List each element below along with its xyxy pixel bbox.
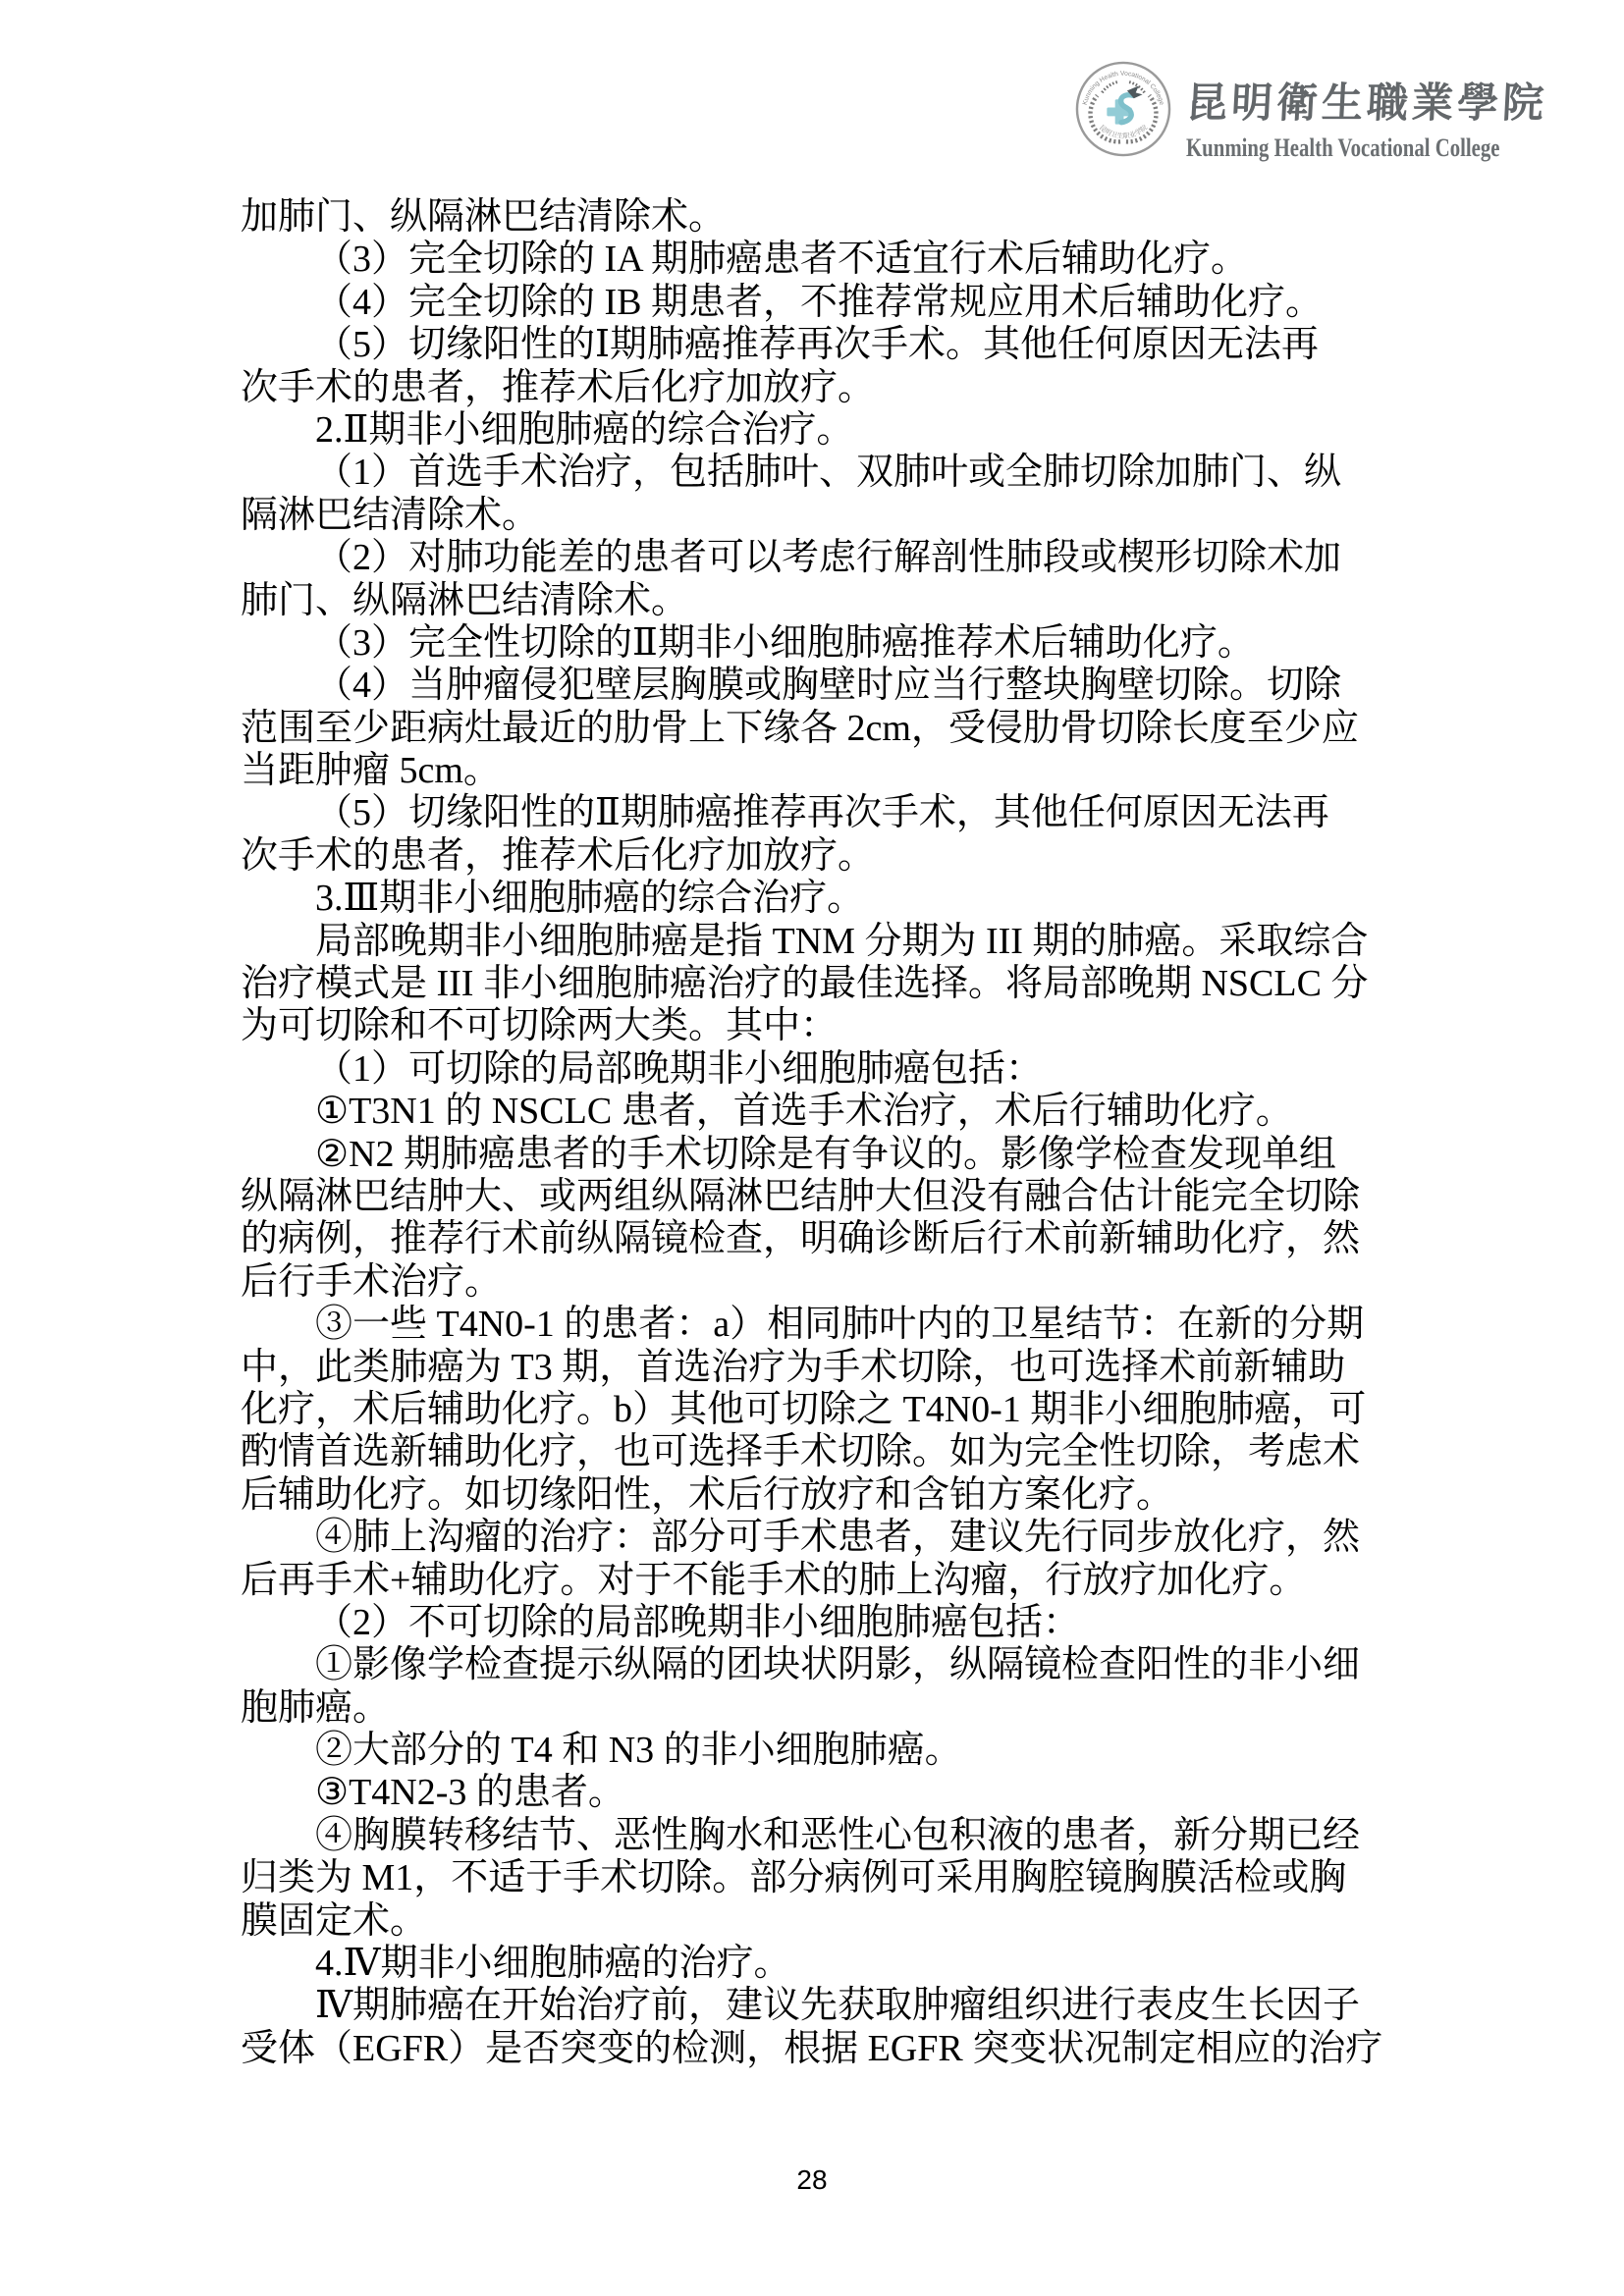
text-line: 酌情首选新辅助化疗，也可选择手术切除。如为完全性切除，考虑术 — [241, 1431, 1438, 1473]
text-line: ①T3N1 的 NSCLC 患者，首选手术治疗，术后行辅助化疗。 — [241, 1091, 1438, 1133]
college-logo: Kunming Health Vocational College 昆明卫生职业… — [1075, 61, 1171, 157]
text-line: ③T4N2-3 的患者。 — [241, 1772, 1438, 1814]
text-line: 中，此类肺癌为 T3 期，首选治疗为手术切除，也可选择术前新辅助 — [241, 1347, 1438, 1389]
college-title-block: 昆明衛生職業學院 Kunming Health Vocational Colle… — [1186, 79, 1569, 163]
text-line: 加肺门、纵隔淋巴结清除术。 — [241, 196, 1438, 239]
text-line: （3）完全切除的 IA 期肺癌患者不适宜行术后辅助化疗。 — [241, 239, 1438, 281]
text-line: 后辅助化疗。如切缘阳性，术后行放疗和含铂方案化疗。 — [241, 1474, 1438, 1517]
text-line: （4）完全切除的 IB 期患者，不推荐常规应用术后辅助化疗。 — [241, 282, 1438, 324]
text-line: 纵隔淋巴结肿大、或两组纵隔淋巴结肿大但没有融合估计能完全切除 — [241, 1176, 1438, 1218]
text-line: ④胸膜转移结节、恶性胸水和恶性心包积液的患者，新分期已经 — [241, 1815, 1438, 1857]
text-line: 化疗，术后辅助化疗。b）其他可切除之 T4N0-1 期非小细胞肺癌，可 — [241, 1389, 1438, 1431]
text-line: 范围至少距病灶最近的肋骨上下缘各 2cm，受侵肋骨切除长度至少应 — [241, 708, 1438, 750]
text-line: 次手术的患者，推荐术后化疗加放疗。 — [241, 367, 1438, 409]
text-line: Ⅳ期肺癌在开始治疗前，建议先获取肿瘤组织进行表皮生长因子 — [241, 1985, 1438, 2027]
text-line: （5）切缘阳性的Ⅰ期肺癌推荐再次手术。其他任何原因无法再 — [241, 324, 1438, 366]
text-line: 的病例，推荐行术前纵隔镜检查，明确诊断后行术前新辅助化疗，然 — [241, 1218, 1438, 1260]
text-line: （3）完全性切除的Ⅱ期非小细胞肺癌推荐术后辅助化疗。 — [241, 622, 1438, 665]
page-header: Kunming Health Vocational College 昆明卫生职业… — [0, 0, 1624, 196]
text-line: （4）当肿瘤侵犯壁层胸膜或胸壁时应当行整块胸壁切除。切除 — [241, 665, 1438, 707]
text-line: （5）切缘阳性的Ⅱ期肺癌推荐再次手术，其他任何原因无法再 — [241, 792, 1438, 834]
college-name-calligraphy: 昆明衛生職業學院 — [1185, 79, 1571, 130]
text-line: 后再手术+辅助化疗。对于不能手术的肺上沟瘤，行放疗加化疗。 — [241, 1560, 1438, 1602]
text-line: 治疗模式是 III 非小细胞肺癌治疗的最佳选择。将局部晚期 NSCLC 分 — [241, 963, 1438, 1005]
text-line: （1）可切除的局部晚期非小细胞肺癌包括： — [241, 1048, 1438, 1091]
text-line: 归类为 M1，不适于手术切除。部分病例可采用胸腔镜胸膜活检或胸 — [241, 1857, 1438, 1899]
text-line: 2.Ⅱ期非小细胞肺癌的综合治疗。 — [241, 409, 1438, 452]
text-line: ③一些 T4N0-1 的患者：a）相同肺叶内的卫星结节：在新的分期 — [241, 1304, 1438, 1346]
text-line: 隔淋巴结清除术。 — [241, 495, 1438, 537]
college-name-english: Kunming Health Vocational College — [1186, 133, 1492, 163]
text-line: （2）不可切除的局部晚期非小细胞肺癌包括： — [241, 1602, 1438, 1644]
text-line: 膜固定术。 — [241, 1900, 1438, 1943]
text-line: 肺门、纵隔淋巴结清除术。 — [241, 580, 1438, 622]
text-line: ①影像学检查提示纵隔的团块状阴影，纵隔镜检查阳性的非小细 — [241, 1644, 1438, 1686]
text-line: 当距肿瘤 5cm。 — [241, 750, 1438, 792]
text-line: 受体（EGFR）是否突变的检测，根据 EGFR 突变状况制定相应的治疗 — [241, 2028, 1438, 2070]
text-line: 胞肺癌。 — [241, 1687, 1438, 1730]
text-line: （2）对肺功能差的患者可以考虑行解剖性肺段或楔形切除术加 — [241, 537, 1438, 579]
text-line: （1）首选手术治疗，包括肺叶、双肺叶或全肺切除加肺门、纵 — [241, 452, 1438, 494]
text-line: 局部晚期非小细胞肺癌是指 TNM 分期为 III 期的肺癌。采取综合 — [241, 921, 1438, 963]
text-line: 次手术的患者，推荐术后化疗加放疗。 — [241, 835, 1438, 878]
text-line: 3.Ⅲ期非小细胞肺癌的综合治疗。 — [241, 878, 1438, 920]
text-line: ②大部分的 T4 和 N3 的非小细胞肺癌。 — [241, 1730, 1438, 1772]
page-number: 28 — [0, 2164, 1624, 2196]
text-line: 为可切除和不可切除两大类。其中： — [241, 1005, 1438, 1047]
text-line: 4.Ⅳ期非小细胞肺癌的治疗。 — [241, 1943, 1438, 1985]
body-text: 加肺门、纵隔淋巴结清除术。（3）完全切除的 IA 期肺癌患者不适宜行术后辅助化疗… — [241, 196, 1438, 2070]
text-line: 后行手术治疗。 — [241, 1261, 1438, 1304]
text-line: ②N2 期肺癌患者的手术切除是有争议的。影像学检查发现单组 — [241, 1134, 1438, 1176]
document-page: Kunming Health Vocational College 昆明卫生职业… — [0, 0, 1624, 2296]
text-line: ④肺上沟瘤的治疗：部分可手术患者，建议先行同步放化疗，然 — [241, 1517, 1438, 1559]
